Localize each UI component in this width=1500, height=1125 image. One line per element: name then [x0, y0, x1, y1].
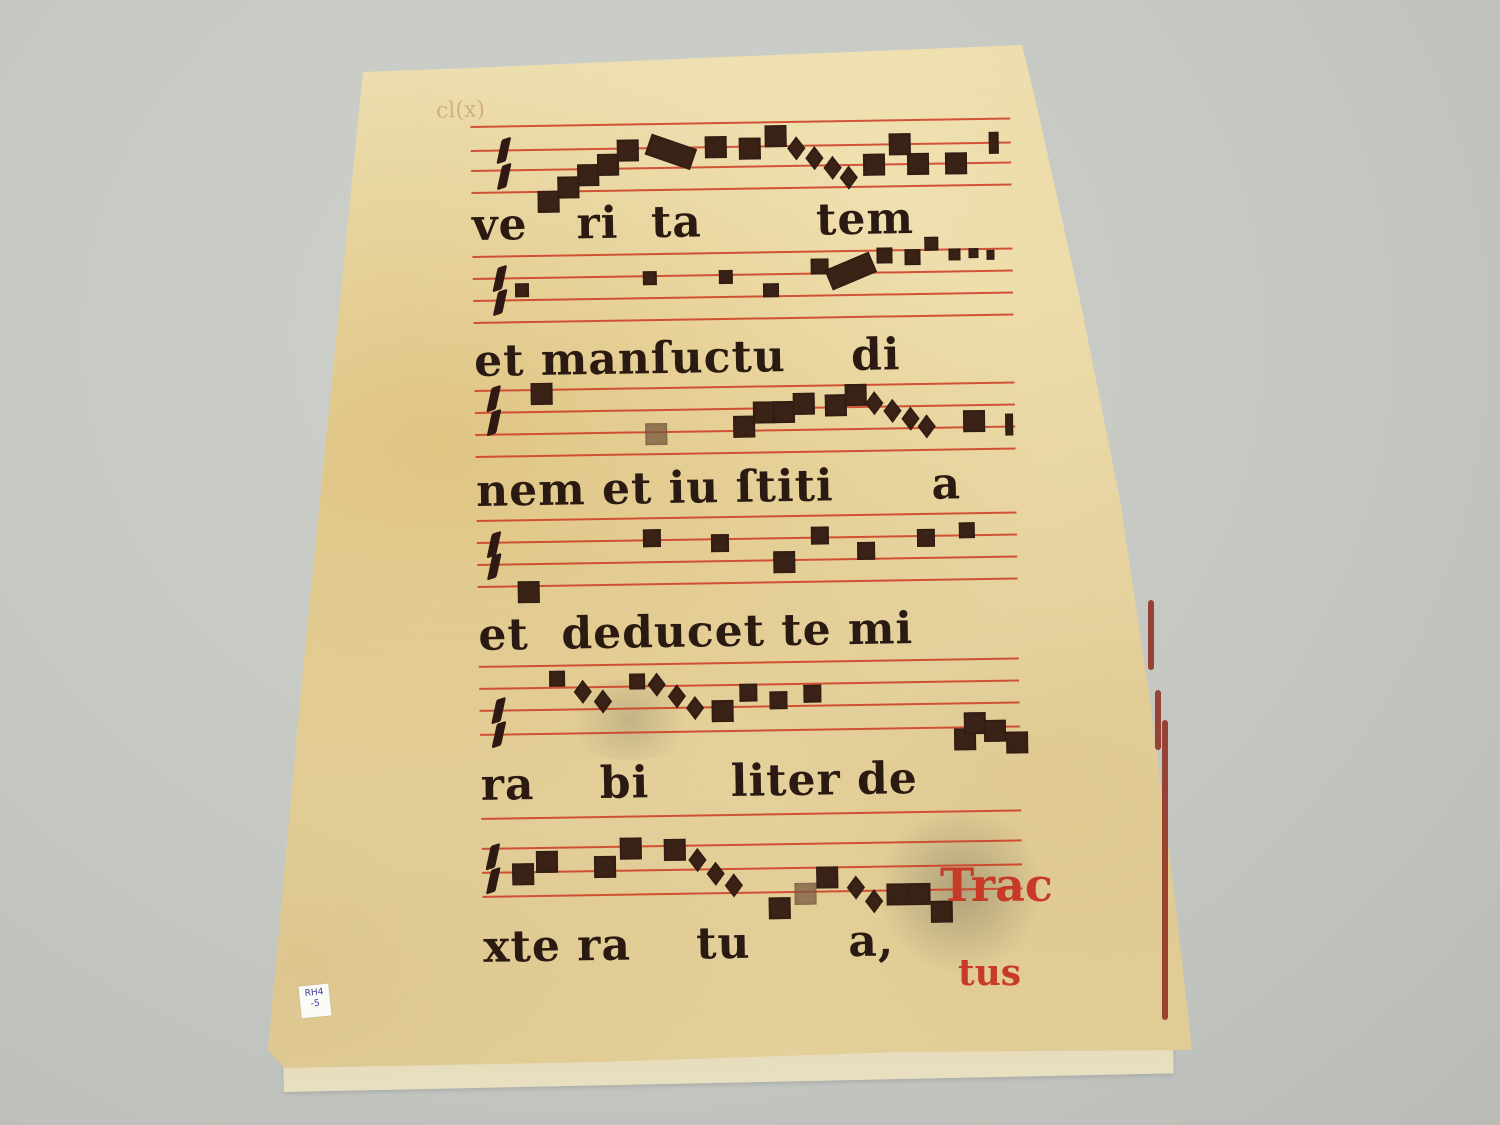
sticker-line-2: -5 — [300, 997, 331, 1011]
lyric-line-3: nem et iu ſtiti a — [476, 457, 1037, 516]
lyric-line-2: et manſuctu di — [474, 327, 1035, 386]
red-edge-stain — [1155, 690, 1161, 750]
stave-4 — [477, 511, 1018, 609]
stave-2 — [472, 241, 1013, 339]
inventory-sticker: RH4 -5 — [298, 984, 331, 1019]
lyric-line-5: ra bi liter de — [480, 751, 1041, 810]
red-edge-stain — [1148, 600, 1154, 670]
c-clef-icon — [493, 289, 508, 317]
stave-1 — [470, 102, 1011, 200]
rubric-tract-ending: tus — [958, 952, 1021, 994]
rubric-tract-heading: Trac — [940, 858, 1053, 912]
c-clef-icon — [497, 163, 512, 191]
stave-5 — [479, 651, 1020, 749]
lyric-line-4: et deducet te mi — [478, 601, 1039, 660]
red-edge-stain — [1162, 720, 1168, 1020]
lyric-line-1: ve ri ta tem — [472, 191, 1033, 250]
